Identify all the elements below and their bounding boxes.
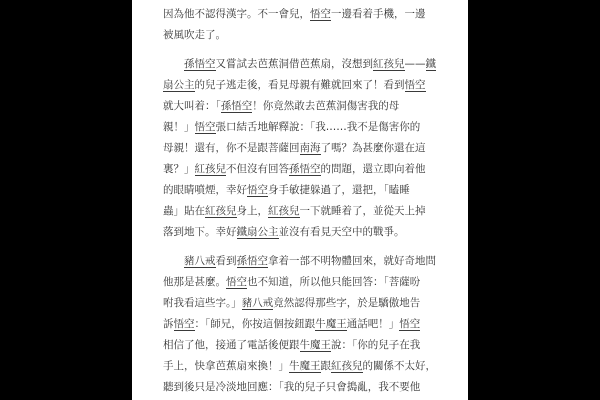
text-line: 相信了他，接通了電話後便跟牛魔王說：「你的兒子在我 (163, 335, 428, 356)
proper-noun-underline: 孫悟空 (184, 58, 216, 71)
proper-noun-underline: 悟空 (405, 79, 426, 92)
text-segment: 又嘗試去芭蕉洞借芭蕉扇，沒想到 (216, 58, 374, 70)
proper-noun-underline: 悟空 (195, 121, 216, 134)
proper-noun-underline: 孫悟空 (289, 163, 321, 176)
text-segment: 竟然認得那些字，於是驕傲地告 (273, 297, 420, 309)
text-segment: 母親！還有，你不是跟菩薩回 (163, 142, 300, 154)
text-segment: 張口結舌地解釋說：「我……我不是傷害你的 (216, 121, 421, 133)
proper-noun-underline: 紅孩兒 (373, 58, 405, 71)
text-line: 咐我看這些字。」豬八戒竟然認得那些字，於是驕傲地告 (163, 293, 428, 314)
text-line: 因為他不認得漢字。不一會兒，悟空一邊看着手機，一邊 (163, 4, 428, 25)
text-line: 母親！還有，你不是跟菩薩回南海了嗎？為甚麼你還在這 (163, 138, 428, 159)
text-segment: 的眼睛噴煙，幸好 (163, 184, 247, 196)
text-line: 訴悟空：「師兄，你按這個按鈕跟牛魔王通話吧！」悟空 (163, 314, 428, 335)
text-segment: ：「師兄，你按這個按鈕跟 (195, 318, 316, 330)
proper-noun-underline: 牛魔王 (315, 318, 347, 331)
text-segment: 跟 (321, 360, 332, 372)
text-segment: 的關係不太好， (363, 360, 437, 372)
document-viewer: 因為他不認得漢字。不一會兒，悟空一邊看着手機，一邊被風吹走了。孫悟空又嘗試去芭蕉… (0, 0, 600, 400)
text-segment: 的兒子逃走後，看見母親有難就回來了！看到 (195, 79, 405, 91)
proper-noun-underline: 悟空 (247, 184, 268, 197)
text-segment: 不但沒有回答 (226, 163, 289, 175)
text-line: 被風吹走了。 (163, 25, 428, 46)
text-line: 裏？」紅孩兒不但沒有回答孫悟空的問題，還立即向着他 (163, 159, 428, 180)
text-segment: 訴 (163, 318, 174, 330)
text-segment: 也不知道，所以他只能回答：「菩薩吩 (247, 276, 420, 288)
proper-noun-underline: 悟空 (399, 318, 420, 331)
proper-noun-underline: 牛魔王 (289, 360, 321, 373)
proper-noun-underline: 豬八戒 (242, 297, 274, 310)
text-segment: 說：「你的兒子在我 (331, 339, 420, 351)
text-line: 手上，快拿芭蕉扇來換！」牛魔王跟紅孩兒的關係不太好， (163, 356, 428, 377)
proper-noun-underline: 南海 (300, 142, 321, 155)
proper-noun-underline: 鐵扇公主 (237, 226, 279, 239)
text-segment: 身上， (237, 205, 269, 217)
text-segment: 蟲」貼在 (163, 205, 205, 217)
text-segment: 並沒有看見天空中的戰爭。 (279, 226, 405, 238)
text-segment: 他那是甚麼。 (163, 276, 226, 288)
text-segment: 就大叫着：「 (163, 100, 221, 112)
text-segment: 一邊看着手機，一邊 (331, 8, 426, 20)
text-line: 親！」悟空張口結舌地解釋說：「我……我不是傷害你的 (163, 117, 428, 138)
text-segment: 裏？」 (163, 163, 195, 175)
proper-noun-underline: 鐵 (426, 58, 437, 71)
text-segment: 相信了他，接通了電話後便跟 (163, 339, 300, 351)
proper-noun-underline: 孫悟空 (221, 100, 253, 113)
text-segment: 親！」 (163, 121, 195, 133)
text-segment: 聽到後只是冷淡地回應：「我的兒子只會搗亂，我不要他 (163, 381, 420, 393)
text-segment: 落到地下。幸好 (163, 226, 237, 238)
text-segment: 咐我看這些字。」 (163, 297, 242, 309)
proper-noun-underline: 紅孩兒 (205, 205, 237, 218)
proper-noun-underline: 紅孩兒 (195, 163, 227, 176)
text-line: 聽到後只是冷淡地回應：「我的兒子只會搗亂，我不要他 (163, 377, 428, 398)
text-segment: 身手敏捷躲過了，還把，「瞌睡 (268, 184, 410, 196)
proper-noun-underline: 悟空 (174, 318, 195, 331)
proper-noun-underline: 扇公主 (163, 79, 195, 92)
text-segment: 手上，快拿芭蕉扇來換！」 (163, 360, 289, 372)
text-line: 就大叫着：「孫悟空！你竟然敢去芭蕉洞傷害我的母 (163, 96, 428, 117)
proper-noun-underline: 紅孩兒 (331, 360, 363, 373)
paragraph: 孫悟空又嘗試去芭蕉洞借芭蕉扇，沒想到紅孩兒——鐵扇公主的兒子逃走後，看見母親有難… (163, 54, 428, 243)
text-line: 他那是甚麼。悟空也不知道，所以他只能回答：「菩薩吩 (163, 272, 428, 293)
proper-noun-underline: 悟空 (310, 8, 331, 21)
text-segment: 因為他不認得漢字。不一會兒， (163, 8, 310, 20)
text-segment: ！你竟然敢去芭蕉洞傷害我的母 (252, 100, 399, 112)
text-segment: —— (405, 58, 426, 70)
text-line: 的眼睛噴煙，幸好悟空身手敏捷躲過了，還把，「瞌睡 (163, 180, 428, 201)
proper-noun-underline: 孫悟空 (237, 255, 269, 268)
document-body: 因為他不認得漢字。不一會兒，悟空一邊看着手機，一邊被風吹走了。孫悟空又嘗試去芭蕉… (163, 4, 428, 398)
text-line: 落到地下。幸好鐵扇公主並沒有看見天空中的戰爭。 (163, 222, 428, 243)
text-segment: 被風吹走了。 (163, 29, 226, 41)
text-line: 孫悟空又嘗試去芭蕉洞借芭蕉扇，沒想到紅孩兒——鐵 (163, 54, 428, 75)
text-segment: 看到 (216, 255, 237, 267)
text-segment: 了嗎？為甚麼你還在這 (321, 142, 426, 154)
text-segment: 一下就睡着了，並從天上掉 (300, 205, 426, 217)
proper-noun-underline: 悟空 (226, 276, 247, 289)
text-line: 扇公主的兒子逃走後，看見母親有難就回來了！看到悟空 (163, 75, 428, 96)
text-line: 蟲」貼在紅孩兒身上，紅孩兒一下就睡着了，並從天上掉 (163, 201, 428, 222)
proper-noun-underline: 牛魔王 (300, 339, 332, 352)
proper-noun-underline: 紅孩兒 (268, 205, 300, 218)
paragraph: 因為他不認得漢字。不一會兒，悟空一邊看着手機，一邊被風吹走了。 (163, 4, 428, 46)
text-line: 豬八戒看到孫悟空拿着一部不明物體回來，就好奇地問 (163, 251, 428, 272)
proper-noun-underline: 豬八戒 (184, 255, 216, 268)
text-segment: 的問題，還立即向着他 (321, 163, 426, 175)
paragraph: 豬八戒看到孫悟空拿着一部不明物體回來，就好奇地問他那是甚麼。悟空也不知道，所以他… (163, 251, 428, 398)
document-page: 因為他不認得漢字。不一會兒，悟空一邊看着手機，一邊被風吹走了。孫悟空又嘗試去芭蕉… (132, 0, 468, 400)
text-segment: 拿着一部不明物體回來，就好奇地問 (268, 255, 436, 267)
text-segment: 通話吧！」 (347, 318, 400, 330)
